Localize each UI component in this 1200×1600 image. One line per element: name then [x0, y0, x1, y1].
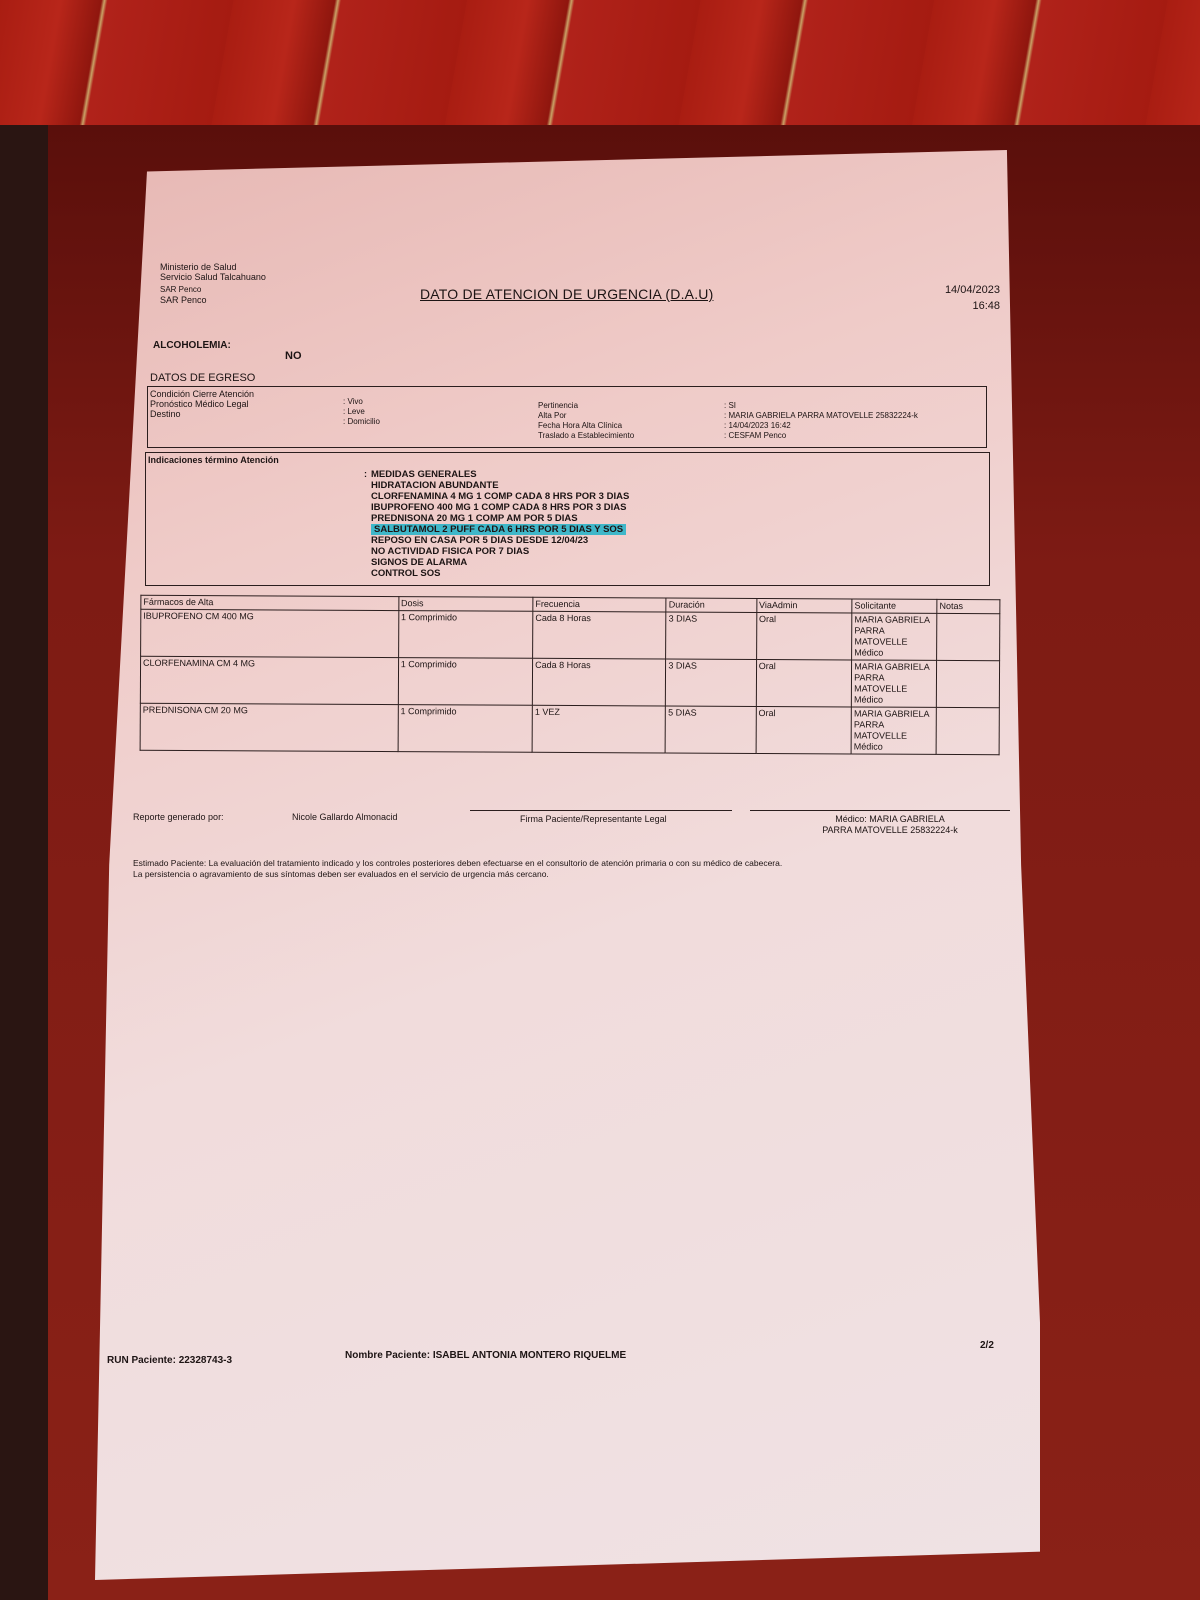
column-header: Frecuencia: [533, 597, 666, 612]
indicaciones-box: Indicaciones término Atención : MEDIDAS …: [145, 452, 990, 586]
solicitante-cell: MARIA GABRIELAPARRAMATOVELLEMédico: [852, 613, 937, 660]
egreso-label: Pertinencia: [538, 401, 634, 411]
egreso-box: Condición Cierre Atención Pronóstico Méd…: [147, 386, 987, 448]
table-cell: Oral: [756, 706, 852, 753]
dau-document: Ministerio de Salud Servicio Salud Talca…: [95, 150, 1040, 1580]
indicaciones-list: MEDIDAS GENERALESHIDRATACION ABUNDANTECL…: [371, 469, 629, 579]
doctor-signature-id: PARRA MATOVELLE 25832224-k: [795, 825, 985, 836]
run-value: 22328743-3: [179, 1355, 232, 1366]
solicitante-cell: MARIA GABRIELAPARRAMATOVELLEMédico: [851, 707, 936, 754]
indicaciones-label: Indicaciones término Atención: [148, 455, 279, 465]
table-cell: Oral: [756, 612, 852, 659]
doctor-signature-line: [750, 810, 1010, 811]
table-cell: 5 DIAS: [665, 706, 756, 753]
egreso-label: Fecha Hora Alta Clínica: [538, 421, 634, 431]
indicacion-item: HIDRATACION ABUNDANTE: [371, 480, 629, 491]
column-header: Duración: [666, 598, 756, 612]
alcoholemia-label: ALCOHOLEMIA:: [153, 340, 231, 351]
doctor-signature: Médico: MARIA GABRIELA PARRA MATOVELLE 2…: [795, 814, 985, 836]
notas-cell: [936, 707, 999, 754]
egreso-left-values: : Vivo : Leve : Domicilio: [343, 397, 380, 427]
egreso-label: Condición Cierre Atención: [150, 389, 254, 399]
table-row: IBUPROFENO CM 400 MG1 ComprimidoCada 8 H…: [141, 609, 1000, 660]
column-header: ViaAdmin: [757, 598, 853, 612]
unit-name-1: SAR Penco: [160, 285, 266, 295]
table-cell: 1 Comprimido: [398, 705, 533, 753]
red-fabric-background: [0, 0, 1200, 140]
indicacion-item: REPOSO EN CASA POR 5 DIAS DESDE 12/04/23: [371, 535, 629, 546]
patient-signature-label: Firma Paciente/Representante Legal: [520, 814, 667, 824]
indicacion-item: NO ACTIVIDAD FISICA POR 7 DIAS: [371, 546, 629, 557]
column-header: Fármacos de Alta: [141, 595, 399, 610]
notas-cell: [937, 613, 1000, 660]
egreso-label: Destino: [150, 409, 254, 419]
egreso-label: Traslado a Establecimiento: [538, 431, 634, 441]
indicacion-item: CONTROL SOS: [371, 568, 629, 579]
table-cell: 1 VEZ: [532, 705, 666, 753]
doctor-signature-name: Médico: MARIA GABRIELA: [795, 814, 985, 825]
indicacion-item: SALBUTAMOL 2 PUFF CADA 6 HRS POR 5 DIAS …: [371, 524, 629, 535]
egreso-label: Pronóstico Médico Legal: [150, 399, 254, 409]
table-cell: 1 Comprimido: [398, 658, 533, 706]
egreso-right-labels: Pertinencia Alta Por Fecha Hora Alta Clí…: [538, 401, 634, 441]
service-name: Servicio Salud Talcahuano: [160, 272, 266, 282]
indicacion-item: IBUPROFENO 400 MG 1 COMP CADA 8 HRS POR …: [371, 502, 629, 513]
table-cell: Cada 8 Horas: [532, 658, 666, 706]
table-cell: PREDNISONA CM 20 MG: [140, 703, 398, 751]
dark-edge: [0, 125, 48, 1600]
egreso-value: 14/04/2023 16:42: [728, 421, 790, 430]
column-header: Dosis: [399, 597, 533, 612]
solicitante-cell: MARIA GABRIELAPARRAMATOVELLEMédico: [851, 660, 936, 707]
table-cell: 1 Comprimido: [398, 611, 533, 659]
column-header: Solicitante: [852, 599, 937, 613]
ministry-name: Ministerio de Salud: [160, 262, 266, 272]
header-time: 16:48: [930, 298, 1000, 314]
notice-line: La persistencia o agravamiento de sus sí…: [133, 869, 1003, 880]
egreso-label: Alta Por: [538, 411, 634, 421]
patient-signature-line: [470, 810, 732, 811]
document-title: DATO DE ATENCION DE URGENCIA (D.A.U): [420, 286, 713, 302]
indicacion-item: CLORFENAMINA 4 MG 1 COMP CADA 8 HRS POR …: [371, 491, 629, 502]
report-generated-label: Reporte generado por:: [133, 812, 224, 822]
table-cell: 3 DIAS: [666, 659, 757, 706]
patient-run: RUN Paciente: 22328743-3: [107, 1355, 232, 1366]
table-cell: CLORFENAMINA CM 4 MG: [140, 656, 398, 704]
egreso-section-title: DATOS DE EGRESO: [150, 372, 255, 384]
egreso-left-labels: Condición Cierre Atención Pronóstico Méd…: [150, 389, 254, 419]
egreso-value: SI: [728, 401, 736, 410]
header-datetime: 14/04/2023 16:48: [930, 282, 1000, 314]
patient-notice: Estimado Paciente: La evaluación del tra…: [133, 858, 1003, 880]
name-value: ISABEL ANTONIA MONTERO RIQUELME: [433, 1350, 626, 1361]
egreso-right-values: : SI : MARIA GABRIELA PARRA MATOVELLE 25…: [724, 401, 918, 441]
table-row: CLORFENAMINA CM 4 MG1 ComprimidoCada 8 H…: [140, 656, 999, 707]
report-generated-by: Nicole Gallardo Almonacid: [292, 812, 398, 822]
egreso-value: Leve: [347, 407, 364, 416]
header-institution: Ministerio de Salud Servicio Salud Talca…: [160, 262, 266, 305]
indicacion-item: MEDIDAS GENERALES: [371, 469, 629, 480]
table-cell: Oral: [756, 659, 852, 706]
notas-cell: [936, 660, 999, 707]
table-row: PREDNISONA CM 20 MG1 Comprimido1 VEZ5 DI…: [140, 703, 999, 754]
table-cell: IBUPROFENO CM 400 MG: [141, 609, 399, 657]
egreso-value: CESFAM Penco: [728, 431, 786, 440]
patient-name: Nombre Paciente: ISABEL ANTONIA MONTERO …: [345, 1350, 626, 1361]
farmacos-table: Fármacos de AltaDosisFrecuenciaDuraciónV…: [140, 595, 1001, 756]
column-header: Notas: [937, 599, 1000, 613]
page-number: 2/2: [980, 1340, 994, 1351]
table-cell: Cada 8 Horas: [533, 611, 667, 659]
header-date: 14/04/2023: [930, 282, 1000, 298]
unit-name-2: SAR Penco: [160, 295, 266, 305]
notice-line: Estimado Paciente: La evaluación del tra…: [133, 858, 1003, 869]
indicacion-item: SIGNOS DE ALARMA: [371, 557, 629, 568]
name-label: Nombre Paciente:: [345, 1350, 430, 1361]
egreso-value: Domicilio: [347, 417, 379, 426]
egreso-value: MARIA GABRIELA PARRA MATOVELLE 25832224-…: [728, 411, 917, 420]
alcoholemia-value: NO: [285, 350, 302, 362]
indicacion-item: PREDNISONA 20 MG 1 COMP AM POR 5 DIAS: [371, 513, 629, 524]
table-cell: 3 DIAS: [666, 612, 757, 659]
run-label: RUN Paciente:: [107, 1355, 176, 1366]
egreso-value: Vivo: [347, 397, 362, 406]
